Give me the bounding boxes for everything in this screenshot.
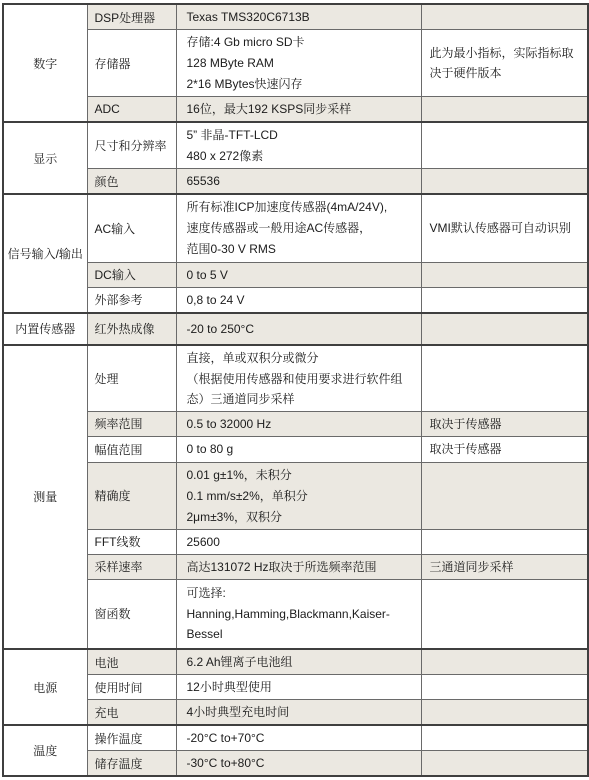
value-line: Texas TMS320C6713B <box>187 7 417 27</box>
value-line: 2*16 MBytes快速闪存 <box>187 74 417 94</box>
value-line: 可选择: <box>187 583 417 603</box>
spec-value-cell: 存储:4 Gb micro SD卡128 MByte RAM2*16 MByte… <box>176 30 421 97</box>
value-line: -30°C to+80°C <box>187 753 417 773</box>
spec-item-cell: 存储器 <box>87 30 176 97</box>
spec-note-cell <box>421 675 588 700</box>
value-line: 12小时典型使用 <box>187 677 417 697</box>
value-line: 5” 非晶-TFT-LCD <box>187 125 417 145</box>
spec-note-cell <box>421 751 588 777</box>
table-row: FFT线数25600 <box>3 529 588 554</box>
category-cell: 测量 <box>3 345 87 650</box>
spec-value-cell: -20 to 250°C <box>176 313 421 345</box>
table-row: 电源电池6.2 Ah锂离子电池组 <box>3 649 588 675</box>
table-row: 幅值范围0 to 80 g取决于传感器 <box>3 436 588 462</box>
table-row: 信号输入/输出AC输入所有标准ICP加速度传感器(4mA/24V),速度传感器或… <box>3 194 588 262</box>
spec-value-cell: 12小时典型使用 <box>176 675 421 700</box>
spec-note-cell <box>421 649 588 675</box>
spec-note-cell <box>421 122 588 169</box>
note-text: VMI默认传感器可自动识别 <box>430 218 584 238</box>
category-cell: 信号输入/输出 <box>3 194 87 313</box>
spec-note-cell <box>421 345 588 412</box>
spec-item-cell: 采样速率 <box>87 554 176 579</box>
spec-item-cell: AC输入 <box>87 194 176 262</box>
spec-note-cell <box>421 313 588 345</box>
spec-value-cell: 4小时典型充电时间 <box>176 700 421 726</box>
spec-value-cell: 0.5 to 32000 Hz <box>176 411 421 436</box>
spec-item-cell: 尺寸和分辨率 <box>87 122 176 169</box>
value-line: 0 to 5 V <box>187 265 417 285</box>
table-row: 测量处理直接，单或双积分或微分（根据使用传感器和使用要求进行软件组态）三通道同步… <box>3 345 588 412</box>
spec-note-cell: VMI默认传感器可自动识别 <box>421 194 588 262</box>
spec-item-cell: FFT线数 <box>87 529 176 554</box>
value-line: 0 to 80 g <box>187 439 417 459</box>
value-line: 0.1 mm/s±2%，单积分 <box>187 486 417 506</box>
table-row: 数字DSP处理器Texas TMS320C6713B <box>3 4 588 30</box>
value-line: 480 x 272像素 <box>187 146 417 166</box>
value-line: 0.5 to 32000 Hz <box>187 414 417 434</box>
spec-value-cell: 0 to 5 V <box>176 262 421 287</box>
spec-note-cell: 此为最小指标，实际指标取决于硬件版本 <box>421 30 588 97</box>
value-line: 所有标准ICP加速度传感器(4mA/24V), <box>187 197 417 217</box>
spec-item-cell: 幅值范围 <box>87 436 176 462</box>
table-row: 颜色65536 <box>3 169 588 195</box>
spec-note-cell <box>421 529 588 554</box>
spec-value-cell: 25600 <box>176 529 421 554</box>
spec-note-cell <box>421 462 588 529</box>
spec-note-cell: 取决于传感器 <box>421 411 588 436</box>
note-text: 取决于传感器 <box>430 439 584 459</box>
table-row: 频率范围0.5 to 32000 Hz取决于传感器 <box>3 411 588 436</box>
spec-note-cell <box>421 725 588 751</box>
table-row: 窗函数可选择:Hanning,Hamming,Blackmann,Kaiser-… <box>3 579 588 649</box>
spec-item-cell: 操作温度 <box>87 725 176 751</box>
value-line: 2μm±3%，双积分 <box>187 507 417 527</box>
spec-item-cell: 红外热成像 <box>87 313 176 345</box>
table-row: 储存温度-30°C to+80°C <box>3 751 588 777</box>
category-cell: 显示 <box>3 122 87 194</box>
spec-note-cell <box>421 579 588 649</box>
table-row: ADC16位，最大192 KSPS同步采样 <box>3 97 588 123</box>
spec-item-cell: 处理 <box>87 345 176 412</box>
value-line: （根据使用传感器和使用要求进行软件组态）三通道同步采样 <box>187 369 417 409</box>
spec-item-cell: 颜色 <box>87 169 176 195</box>
value-line: 直接，单或双积分或微分 <box>187 348 417 368</box>
spec-table: 数字DSP处理器Texas TMS320C6713B存储器存储:4 Gb mic… <box>2 3 589 777</box>
spec-item-cell: DC输入 <box>87 262 176 287</box>
spec-value-cell: 可选择:Hanning,Hamming,Blackmann,Kaiser-Bes… <box>176 579 421 649</box>
spec-note-cell <box>421 700 588 726</box>
value-line: 0,8 to 24 V <box>187 290 417 310</box>
table-row: 温度操作温度-20°C to+70°C <box>3 725 588 751</box>
table-row: 采样速率高达131072 Hz取决于所选频率范围三通道同步采样 <box>3 554 588 579</box>
table-row: DC输入0 to 5 V <box>3 262 588 287</box>
value-line: 范围0-30 V RMS <box>187 239 417 259</box>
spec-value-cell: 65536 <box>176 169 421 195</box>
value-line: -20 to 250°C <box>187 319 417 339</box>
spec-value-cell: 高达131072 Hz取决于所选频率范围 <box>176 554 421 579</box>
spec-item-cell: 储存温度 <box>87 751 176 777</box>
value-line: 6.2 Ah锂离子电池组 <box>187 652 417 672</box>
spec-table-body: 数字DSP处理器Texas TMS320C6713B存储器存储:4 Gb mic… <box>3 4 588 776</box>
table-row: 外部参考0,8 to 24 V <box>3 287 588 313</box>
value-line: 65536 <box>187 171 417 191</box>
spec-value-cell: 所有标准ICP加速度传感器(4mA/24V),速度传感器或一般用途AC传感器，范… <box>176 194 421 262</box>
spec-value-cell: 6.2 Ah锂离子电池组 <box>176 649 421 675</box>
value-line: 速度传感器或一般用途AC传感器， <box>187 218 417 238</box>
spec-note-cell: 取决于传感器 <box>421 436 588 462</box>
value-line: 存储:4 Gb micro SD卡 <box>187 32 417 52</box>
spec-note-cell <box>421 4 588 30</box>
spec-note-cell <box>421 262 588 287</box>
spec-value-cell: -20°C to+70°C <box>176 725 421 751</box>
spec-note-cell <box>421 169 588 195</box>
spec-item-cell: DSP处理器 <box>87 4 176 30</box>
table-row: 存储器存储:4 Gb micro SD卡128 MByte RAM2*16 MB… <box>3 30 588 97</box>
value-line: 25600 <box>187 532 417 552</box>
spec-note-cell: 三通道同步采样 <box>421 554 588 579</box>
note-text: 此为最小指标，实际指标取决于硬件版本 <box>430 43 584 83</box>
table-row: 内置传感器红外热成像-20 to 250°C <box>3 313 588 345</box>
category-cell: 内置传感器 <box>3 313 87 345</box>
category-cell: 数字 <box>3 4 87 122</box>
spec-value-cell: -30°C to+80°C <box>176 751 421 777</box>
value-line: -20°C to+70°C <box>187 728 417 748</box>
spec-value-cell: Texas TMS320C6713B <box>176 4 421 30</box>
table-row: 充电4小时典型充电时间 <box>3 700 588 726</box>
value-line: Hanning,Hamming,Blackmann,Kaiser-Bessel <box>187 604 417 644</box>
spec-item-cell: 电池 <box>87 649 176 675</box>
spec-note-cell <box>421 287 588 313</box>
value-line: 4小时典型充电时间 <box>187 702 417 722</box>
spec-item-cell: ADC <box>87 97 176 123</box>
spec-item-cell: 窗函数 <box>87 579 176 649</box>
spec-value-cell: 0,8 to 24 V <box>176 287 421 313</box>
spec-value-cell: 直接，单或双积分或微分（根据使用传感器和使用要求进行软件组态）三通道同步采样 <box>176 345 421 412</box>
spec-value-cell: 16位，最大192 KSPS同步采样 <box>176 97 421 123</box>
table-row: 显示尺寸和分辨率5” 非晶-TFT-LCD480 x 272像素 <box>3 122 588 169</box>
spec-item-cell: 频率范围 <box>87 411 176 436</box>
value-line: 16位，最大192 KSPS同步采样 <box>187 99 417 119</box>
spec-value-cell: 0 to 80 g <box>176 436 421 462</box>
value-line: 高达131072 Hz取决于所选频率范围 <box>187 557 417 577</box>
value-line: 0.01 g±1%，未积分 <box>187 465 417 485</box>
spec-note-cell <box>421 97 588 123</box>
spec-item-cell: 精确度 <box>87 462 176 529</box>
page: 数字DSP处理器Texas TMS320C6713B存储器存储:4 Gb mic… <box>0 0 589 780</box>
category-cell: 电源 <box>3 649 87 725</box>
spec-value-cell: 5” 非晶-TFT-LCD480 x 272像素 <box>176 122 421 169</box>
spec-item-cell: 充电 <box>87 700 176 726</box>
category-cell: 温度 <box>3 725 87 776</box>
table-row: 使用时间12小时典型使用 <box>3 675 588 700</box>
note-text: 三通道同步采样 <box>430 557 584 577</box>
note-text: 取决于传感器 <box>430 414 584 434</box>
spec-item-cell: 外部参考 <box>87 287 176 313</box>
spec-item-cell: 使用时间 <box>87 675 176 700</box>
value-line: 128 MByte RAM <box>187 53 417 73</box>
table-row: 精确度0.01 g±1%，未积分0.1 mm/s±2%，单积分2μm±3%，双积… <box>3 462 588 529</box>
spec-value-cell: 0.01 g±1%，未积分0.1 mm/s±2%，单积分2μm±3%，双积分 <box>176 462 421 529</box>
